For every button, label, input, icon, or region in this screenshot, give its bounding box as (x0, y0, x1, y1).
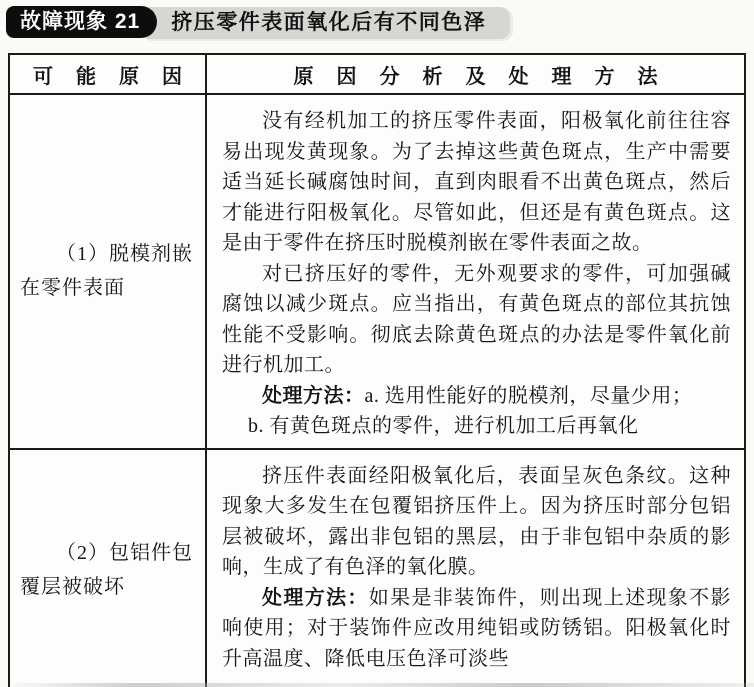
treatment-method-label: 处理方法： (262, 385, 365, 407)
analysis-paragraph: 没有经机加工的挤压零件表面，阳极氧化前往往容易出现发黄现象。为了去掉这些黄色斑点… (222, 106, 731, 259)
cause-cell-1: （1）脱模剂嵌在零件表面 (9, 94, 206, 449)
table-header-row: 可 能 原 因 原 因 分 析 及 处 理 方 法 (9, 54, 745, 94)
fault-number-badge: 故障现象 21 (6, 6, 157, 38)
cause-text-1: （1）脱模剂嵌在零件表面 (20, 237, 195, 305)
treatment-method-label: 处理方法： (262, 587, 369, 609)
treatment-item-a: a. 选用性能好的脱模剂，尽量少用； (365, 385, 693, 407)
analysis-cell-1: 没有经机加工的挤压零件表面，阳极氧化前往往容易出现发黄现象。为了去掉这些黄色斑点… (206, 94, 745, 449)
analysis-paragraph: 挤压件表面经阳极氧化后，表面呈灰色条纹。这种现象大多发生在包覆铝挤压件上。因为挤… (222, 461, 731, 583)
scanned-document-page: 故障现象 21 挤压零件表面氧化后有不同色泽 可 能 原 因 原 因 分 析 及… (0, 0, 754, 687)
fault-analysis-table: 可 能 原 因 原 因 分 析 及 处 理 方 法 （1）脱模剂嵌在零件表面 没… (8, 53, 746, 687)
treatment-paragraph: 处理方法：a. 选用性能好的脱模剂，尽量少用； (222, 381, 731, 412)
column-header-analysis-treatment: 原 因 分 析 及 处 理 方 法 (206, 54, 745, 94)
cause-cell-2: （2）包铝件包覆层被破坏 (9, 449, 206, 687)
table-row-cause-1: （1）脱模剂嵌在零件表面 没有经机加工的挤压零件表面，阳极氧化前往往容易出现发黄… (9, 94, 745, 449)
treatment-item-b: b. 有黄色斑点的零件，进行机加工后再氧化 (222, 411, 731, 442)
table-row-cause-2: （2）包铝件包覆层被破坏 挤压件表面经阳极氧化后，表面呈灰色条纹。这种现象大多发… (9, 449, 745, 687)
cause-text-2: （2）包铝件包覆层被破坏 (20, 536, 195, 604)
analysis-paragraph: 对已挤压好的零件，无外观要求的零件，可加强碱腐蚀以减少斑点。应当指出，有黄色斑点… (222, 259, 731, 381)
treatment-paragraph: 处理方法：如果是非装饰件，则出现上述现象不影响使用；对于装饰件应改用纯铝或防锈铝… (222, 583, 731, 675)
fault-header: 故障现象 21 挤压零件表面氧化后有不同色泽 (0, 0, 754, 46)
column-header-possible-cause: 可 能 原 因 (9, 54, 206, 94)
scan-artifact-strip (0, 683, 754, 687)
fault-title: 挤压零件表面氧化后有不同色泽 (143, 7, 510, 39)
analysis-cell-2: 挤压件表面经阳极氧化后，表面呈灰色条纹。这种现象大多发生在包覆铝挤压件上。因为挤… (206, 449, 745, 687)
